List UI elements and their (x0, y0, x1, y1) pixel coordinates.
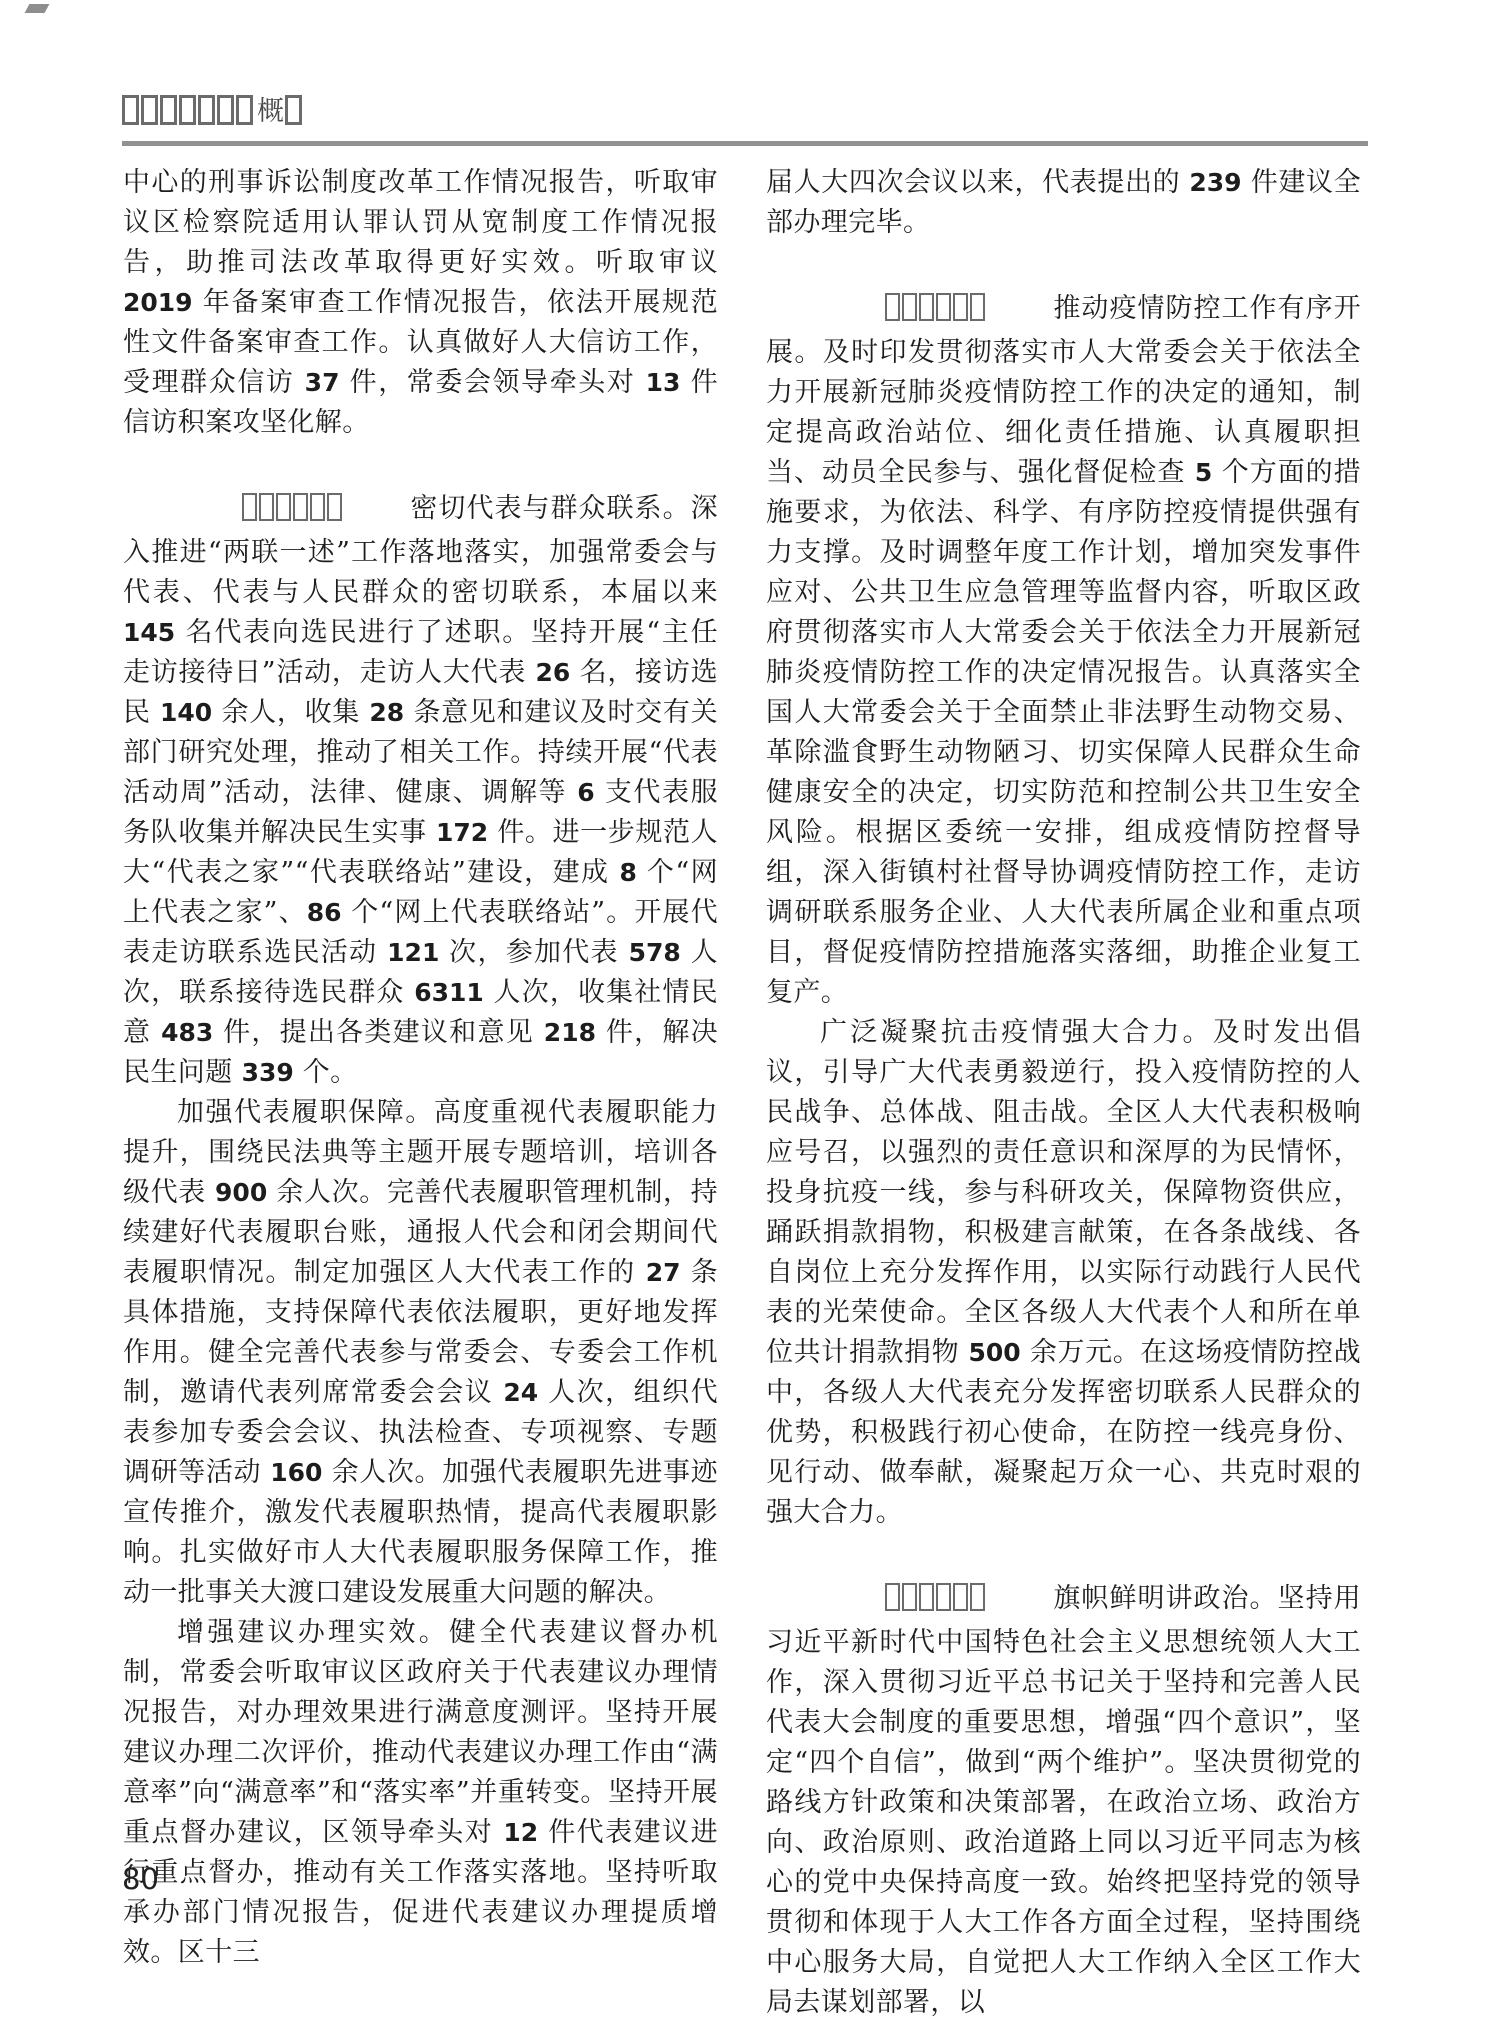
section-paragraph: 旗帜鲜明讲政治。坚持用习近平新时代中国特色社会主义思想统领人大工作，深入贯彻习近… (766, 1579, 1361, 2019)
paragraph-text: 增强建议办理实效。健全代表建议督办机制，常委会听取审议区政府关于代表建议办理情况… (123, 1617, 718, 1968)
missing-glyph-box (885, 1583, 900, 1611)
paragraph-text: 届人大四次会议以来，代表提出的 239 件建议全部办理完毕。 (766, 167, 1361, 238)
missing-glyph-box (936, 1583, 951, 1611)
missing-glyph-box (919, 1583, 934, 1611)
missing-glyph-box (970, 293, 985, 321)
body-paragraph: 加强代表履职保障。高度重视代表履职能力提升，围绕民法典等主题开展专题培训，培训各… (123, 1093, 718, 1613)
missing-glyph-box (285, 95, 302, 125)
header-glyph: 概 (257, 97, 283, 127)
missing-glyph-box (936, 293, 951, 321)
body-paragraph: 广泛凝聚抗击疫情强大合力。及时发出倡议，引导广大代表勇毅逆行，投入疫情防控的人民… (766, 1013, 1361, 1533)
header-divider-rule (122, 141, 1368, 146)
paragraph-text: 密切代表与群众联系。深入推进“两联一述”工作落地落实，加强常委会与代表、代表与人… (123, 493, 718, 1088)
missing-glyph-box (919, 293, 934, 321)
paragraph-text: 加强代表履职保障。高度重视代表履职能力提升，围绕民法典等主题开展专题培训，培训各… (123, 1097, 718, 1608)
header-missing-glyph-boxes (122, 95, 255, 129)
document-page: 概 中心的刑事诉讼制度改革工作情况报告，听取审议区检察院适用认罪认罚从宽制度工作… (0, 0, 1488, 2019)
section-missing-glyph-boxes (182, 493, 343, 533)
scan-corner-mark (25, 4, 50, 13)
missing-glyph-box (293, 493, 308, 521)
missing-glyph-box (217, 95, 234, 125)
text-column-left: 中心的刑事诉讼制度改革工作情况报告，听取审议区检察院适用认罪认罚从宽制度工作情况… (123, 163, 718, 1973)
missing-glyph-box (242, 493, 257, 521)
body-paragraph: 增强建议办理实效。健全代表建议督办机制，常委会听取审议区政府关于代表建议办理情况… (123, 1613, 718, 1973)
missing-glyph-box (953, 1583, 968, 1611)
missing-glyph-box (902, 293, 917, 321)
text-column-right: 届人大四次会议以来，代表提出的 239 件建议全部办理完毕。推动疫情防控工作有序… (766, 163, 1361, 2019)
section-missing-glyph-boxes (825, 1583, 986, 1623)
body-paragraph: 中心的刑事诉讼制度改革工作情况报告，听取审议区检察院适用认罪认罚从宽制度工作情况… (123, 163, 718, 443)
page-number: 80 (122, 1862, 159, 1896)
paragraph-text: 中心的刑事诉讼制度改革工作情况报告，听取审议区检察院适用认罪认罚从宽制度工作情况… (123, 167, 718, 438)
missing-glyph-box (179, 95, 196, 125)
missing-glyph-box (122, 95, 139, 125)
section-missing-glyph-boxes (825, 293, 986, 333)
missing-glyph-box (327, 493, 342, 521)
missing-glyph-box (141, 95, 158, 125)
missing-glyph-box (902, 1583, 917, 1611)
body-paragraph: 届人大四次会议以来，代表提出的 239 件建议全部办理完毕。 (766, 163, 1361, 243)
missing-glyph-box (198, 95, 215, 125)
missing-glyph-box (885, 293, 900, 321)
paragraph-text: 广泛凝聚抗击疫情强大合力。及时发出倡议，引导广大代表勇毅逆行，投入疫情防控的人民… (766, 1017, 1361, 1528)
missing-glyph-box (259, 493, 274, 521)
missing-glyph-box (953, 293, 968, 321)
missing-glyph-box (310, 493, 325, 521)
missing-glyph-box (160, 95, 177, 125)
paragraph-text: 推动疫情防控工作有序开展。及时印发贯彻落实市人大常委会关于依法全力开展新冠肺炎疫… (766, 293, 1361, 1008)
section-paragraph: 密切代表与群众联系。深入推进“两联一述”工作落地落实，加强常委会与代表、代表与人… (123, 489, 718, 1093)
page-header-title: 概 (122, 94, 304, 130)
header-missing-glyph-boxes (285, 95, 304, 129)
missing-glyph-box (236, 95, 253, 125)
missing-glyph-box (276, 493, 291, 521)
section-paragraph: 推动疫情防控工作有序开展。及时印发贯彻落实市人大常委会关于依法全力开展新冠肺炎疫… (766, 289, 1361, 1013)
missing-glyph-box (970, 1583, 985, 1611)
paragraph-text: 旗帜鲜明讲政治。坚持用习近平新时代中国特色社会主义思想统领人大工作，深入贯彻习近… (766, 1583, 1361, 2018)
